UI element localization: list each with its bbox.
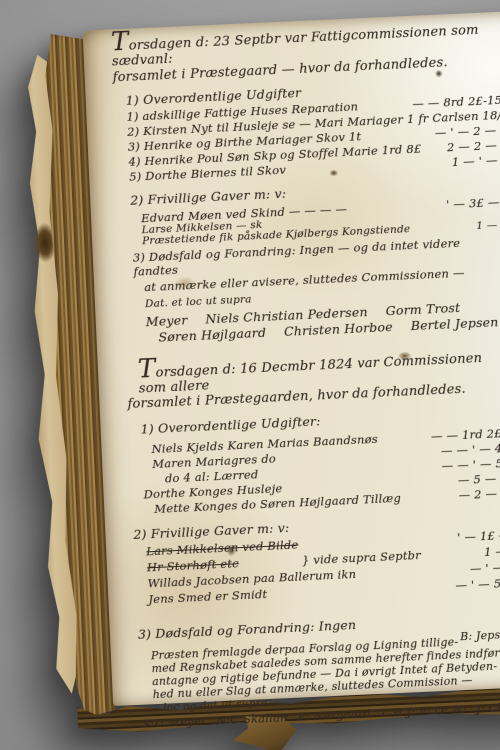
signature: L H J: F: O: N: (381, 701, 467, 721)
leader-space (361, 137, 435, 140)
gift-amount: ' — 1£ — 8 (457, 527, 500, 544)
leader-space (286, 166, 452, 174)
signature: Meyer (145, 312, 187, 330)
gift-text: Jens Smed er Smidt (148, 587, 268, 606)
signature: J: Chr Horboe (476, 697, 500, 717)
leader-space (356, 573, 470, 578)
gift-amount: ' — 3£ — ' (446, 195, 500, 212)
leader-space (410, 229, 476, 232)
manuscript-page: Torsdagen d: 23 Septbr var Fattigcommiss… (83, 9, 500, 706)
signature: S:U Meyer (142, 713, 207, 732)
expense-amount: 1 — ' — ' (452, 153, 500, 169)
expense-amount: — 2 — ' — (458, 485, 500, 502)
expense-amount: — — ' — 4 — (441, 440, 500, 457)
expense-amount: — — ' — 5 — (441, 455, 500, 472)
signature: P: Nørgaard (297, 705, 371, 724)
expense-amount: — ' — 2 — ' (435, 123, 500, 140)
gift-amount: 1 — 8/ (484, 543, 500, 559)
gift-amount: — ' — 14 (470, 559, 500, 575)
leader-space (401, 499, 459, 502)
leader-space (421, 556, 484, 559)
signature: N:C Skallan (216, 709, 288, 728)
gift-amount: 1 — 8 (476, 220, 500, 232)
expense-amount: 2 — 2 — ' (447, 138, 500, 155)
leader-space (239, 564, 302, 567)
jepsen-signature: B: Jepsen (460, 628, 500, 644)
handwritten-content: Torsdagen d: 23 Septbr var Fattigcommiss… (83, 9, 500, 706)
record-book: Torsdagen d: 23 Septbr var Fattigcommiss… (31, 11, 500, 720)
leader-space (378, 440, 431, 442)
signature: Bertel Jepsen (410, 314, 498, 334)
leader-space (267, 589, 455, 598)
gift-amount: — ' — 5 — ' (455, 575, 500, 592)
manuscript-photo: Torsdagen d: 23 Septbr var Fattigcommiss… (0, 0, 500, 750)
expense-amount: — 5 — ' — (458, 470, 500, 487)
leader-space (422, 151, 448, 152)
gift-text: Hr Storhøft etc (147, 556, 239, 574)
signature: Søren Højlgaard (158, 325, 266, 346)
leader-space (358, 108, 412, 110)
